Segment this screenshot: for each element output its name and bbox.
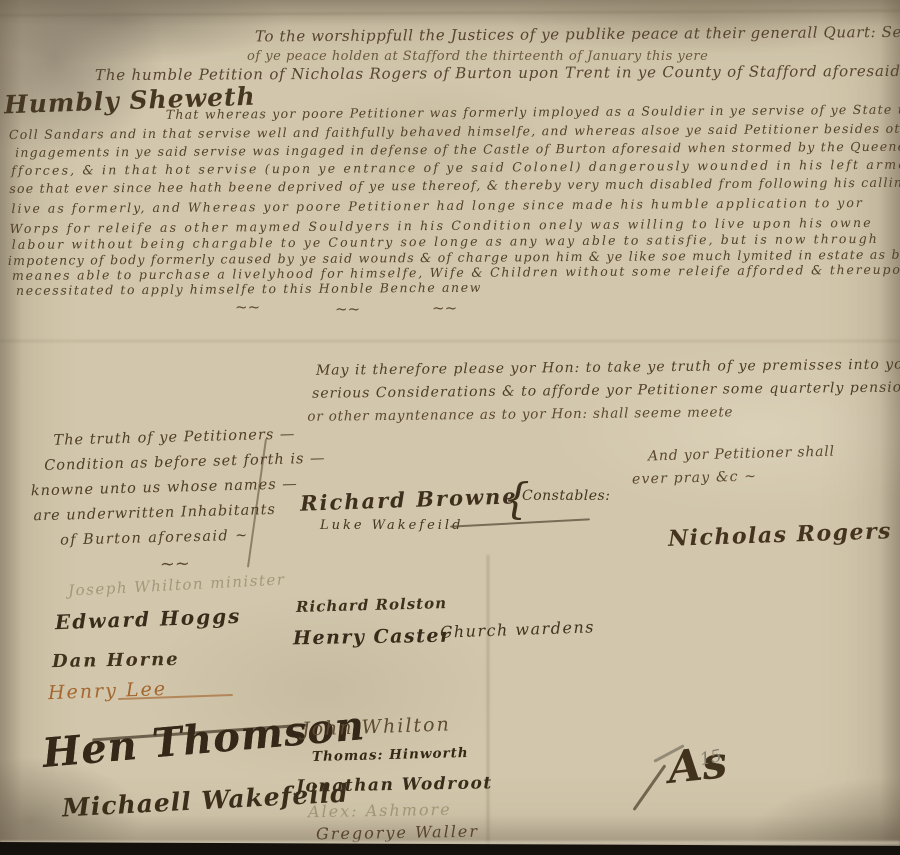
signature-nicholas-rogers: Nicholas Rogers <box>668 518 893 552</box>
body-line: necessitated to apply himselfe to this H… <box>16 280 482 298</box>
signature-richard-rolston: Richard Rolston <box>296 594 447 616</box>
attestation-line: Condition as before set forth is — <box>44 451 326 474</box>
signature-henry-lee: Henry Lee <box>48 678 168 704</box>
attestation-line: The truth of ye Petitioners — <box>53 426 295 448</box>
monogram-tail-stroke <box>632 764 666 810</box>
signature-joseph-whilton: Joseph Whilton minister <box>68 570 286 599</box>
signature-henry-caster: Henry Caster <box>293 625 452 650</box>
body-line: live as formerly, and Whereas yor poore … <box>11 195 863 216</box>
petition-address-line: To the worshippfull the Justices of ye p… <box>255 23 900 46</box>
signature-jonathan-woodroot: Jonathan Wodroot <box>296 773 493 796</box>
signature-edward-hoggs: Edward Hoggs <box>55 604 242 634</box>
signature-richard-browne: Richard Browne <box>300 483 518 516</box>
body-line: soe that ever since hee hath beene depri… <box>9 175 900 196</box>
constables-label: Constables: <box>522 488 610 504</box>
signature-alex-ashmore: Alex: Ashmore <box>308 800 452 822</box>
petition-title-line: The humble Petition of Nicholas Rogers o… <box>95 62 900 84</box>
prayer-line: May it therefore please yor Hon: to take… <box>316 356 900 378</box>
flourish-mark: ~~ <box>432 299 457 317</box>
churchwardens-label: Church wardens <box>440 617 596 641</box>
flourish-mark: ~~ <box>235 298 260 316</box>
prayer-line: serious Considerations & to afforde yor … <box>312 379 900 401</box>
flourish-mark: ~~ <box>160 553 191 575</box>
signature-dan-horne: Dan Horne <box>52 649 180 672</box>
attestation-line: of Burton aforesaid ~ <box>60 528 249 549</box>
prayer-line: or other mayntenance as to yor Hon: shal… <box>307 404 733 424</box>
closing-line: ever pray &c ~ <box>632 468 758 487</box>
signature-luke-wakefeild: Luke Wakefeild <box>320 518 463 533</box>
closing-line: And yor Petitioner shall <box>648 444 835 465</box>
petition-sessions-line: of ye peace holden at Stafford the thirt… <box>247 49 708 64</box>
vertical-fold-crease <box>487 555 489 850</box>
flourish-mark: ~~ <box>335 300 360 318</box>
top-fold-crease <box>0 10 900 17</box>
petition-document-scan: To the worshippfull the Justices of ye p… <box>0 0 900 855</box>
signature-john-whilton: John Whilton <box>302 713 451 740</box>
mid-fold-crease <box>0 340 900 342</box>
signature-thomas-hinworth: Thomas: Hinworth <box>312 745 469 765</box>
attestation-line: are underwritten Inhabitants <box>33 502 276 524</box>
body-line: That whereas yor poore Petitioner was fo… <box>166 101 900 121</box>
